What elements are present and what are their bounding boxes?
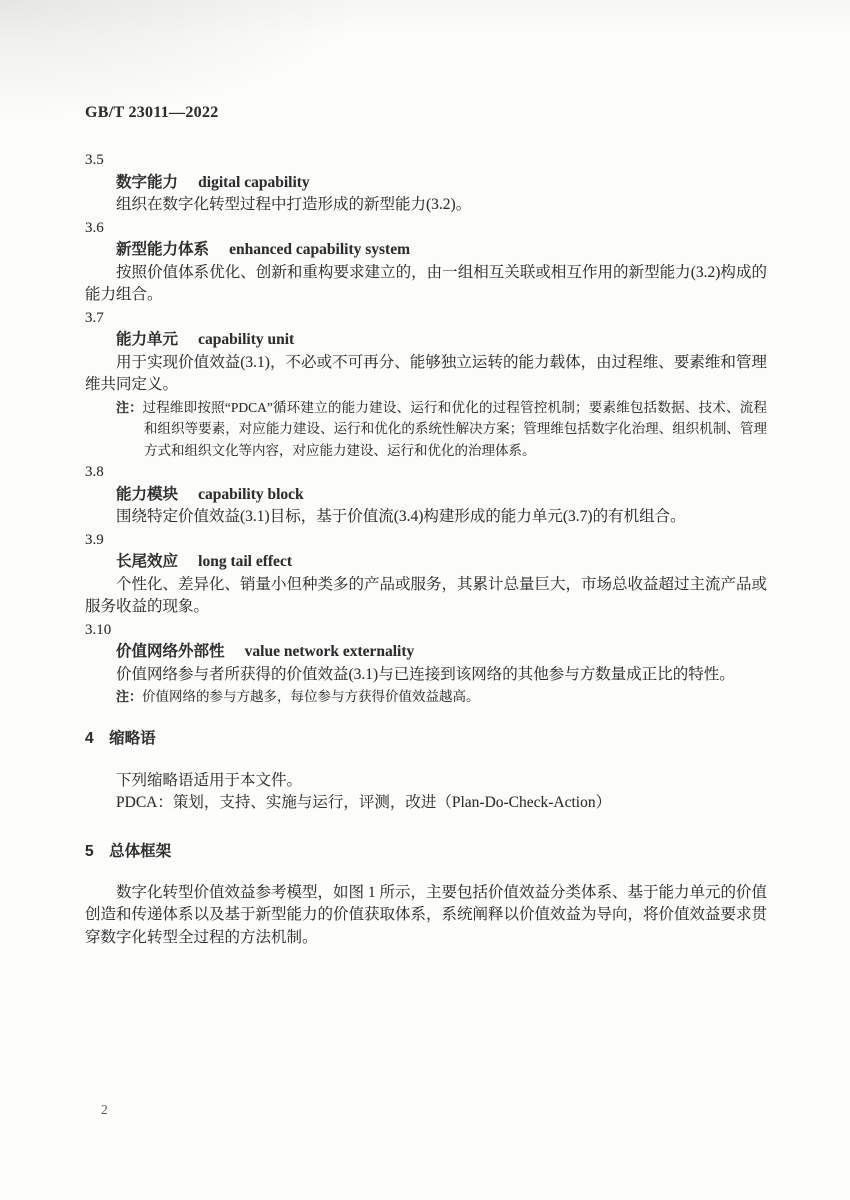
section-title: 缩略语 [109,730,156,747]
section-number: 4 [85,730,94,747]
term-title: 能力单元capability unit [85,329,767,352]
section-heading: 4缩略语 [85,728,767,750]
note-label: 注： [116,689,142,704]
section-paragraph: 数字化转型价值效益参考模型，如图 1 所示，主要包括价值效益分类体系、基于能力单… [85,882,767,950]
term-entry-3-6: 3.6 新型能力体系enhanced capability system 按照价… [85,217,767,307]
section-abbreviations: 4缩略语 下列缩略语适用于本文件。 PDCA：策划，支持、实施与运行，评测，改进… [85,728,767,815]
term-title: 能力模块capability block [85,484,767,507]
term-en: capability block [198,486,304,503]
term-zh: 长尾效应 [116,553,178,570]
section-number: 5 [85,843,94,860]
section-heading: 5总体框架 [85,841,767,863]
term-en: enhanced capability system [229,241,410,258]
term-number: 3.5 [85,149,767,172]
term-number: 3.6 [85,217,767,240]
term-entry-3-10: 3.10 价值网络外部性value network externality 价值… [85,619,767,708]
term-note: 注：过程维即按照“PDCA”循环建立的能力建设、运行和优化的过程管控机制；要素维… [116,397,767,462]
term-zh: 数字能力 [116,174,178,191]
section-paragraph: PDCA：策划，支持、实施与运行，评测，改进（Plan-Do-Check-Act… [85,792,767,815]
document-page: GB/T 23011—2022 3.5 数字能力digital capabili… [85,103,767,949]
term-definition: 组织在数字化转型过程中打造形成的新型能力(3.2)。 [85,194,767,217]
term-definition: 用于实现价值效益(3.1)，不必或不可再分、能够独立运转的能力载体，由过程维、要… [85,352,767,397]
term-entry-3-5: 3.5 数字能力digital capability 组织在数字化转型过程中打造… [85,149,767,217]
term-note: 注：价值网络的参与方越多，每位参与方获得价值效益越高。 [116,686,767,708]
term-title: 新型能力体系enhanced capability system [85,239,767,262]
term-definition: 个性化、差异化、销量小但种类多的产品或服务，其累计总量巨大，市场总收益超过主流产… [85,574,767,619]
term-number: 3.10 [85,619,767,642]
term-number: 3.7 [85,307,767,330]
term-en: value network externality [245,643,415,660]
document-standard-number: GB/T 23011—2022 [85,103,767,123]
terms-and-definitions: 3.5 数字能力digital capability 组织在数字化转型过程中打造… [85,149,767,708]
term-title: 数字能力digital capability [85,172,767,195]
term-zh: 能力模块 [116,486,178,503]
term-title: 长尾效应long tail effect [85,551,767,574]
note-label: 注： [116,400,142,415]
term-zh: 价值网络外部性 [116,643,225,660]
note-text: 价值网络的参与方越多，每位参与方获得价值效益越高。 [142,689,480,704]
term-en: capability unit [198,331,294,348]
term-entry-3-8: 3.8 能力模块capability block 围绕特定价值效益(3.1)目标… [85,461,767,529]
term-en: digital capability [198,174,310,191]
term-number: 3.9 [85,529,767,552]
term-zh: 能力单元 [116,331,178,348]
section-overall-framework: 5总体框架 数字化转型价值效益参考模型，如图 1 所示，主要包括价值效益分类体系… [85,841,767,950]
term-definition: 围绕特定价值效益(3.1)目标，基于价值流(3.4)构建形成的能力单元(3.7)… [85,506,767,529]
term-entry-3-9: 3.9 长尾效应long tail effect 个性化、差异化、销量小但种类多… [85,529,767,619]
section-paragraph: 下列缩略语适用于本文件。 [85,770,767,793]
term-zh: 新型能力体系 [116,241,209,258]
term-en: long tail effect [198,553,292,570]
term-number: 3.8 [85,461,767,484]
note-text: 过程维即按照“PDCA”循环建立的能力建设、运行和优化的过程管控机制；要素维包括… [142,400,767,458]
page-number: 2 [101,1102,108,1118]
term-definition: 价值网络参与者所获得的价值效益(3.1)与已连接到该网络的其他参与方数量成正比的… [85,664,767,687]
section-title: 总体框架 [109,843,171,860]
term-title: 价值网络外部性value network externality [85,641,767,664]
term-definition: 按照价值体系优化、创新和重构要求建立的，由一组相互关联或相互作用的新型能力(3.… [85,262,767,307]
term-entry-3-7: 3.7 能力单元capability unit 用于实现价值效益(3.1)，不必… [85,307,767,462]
